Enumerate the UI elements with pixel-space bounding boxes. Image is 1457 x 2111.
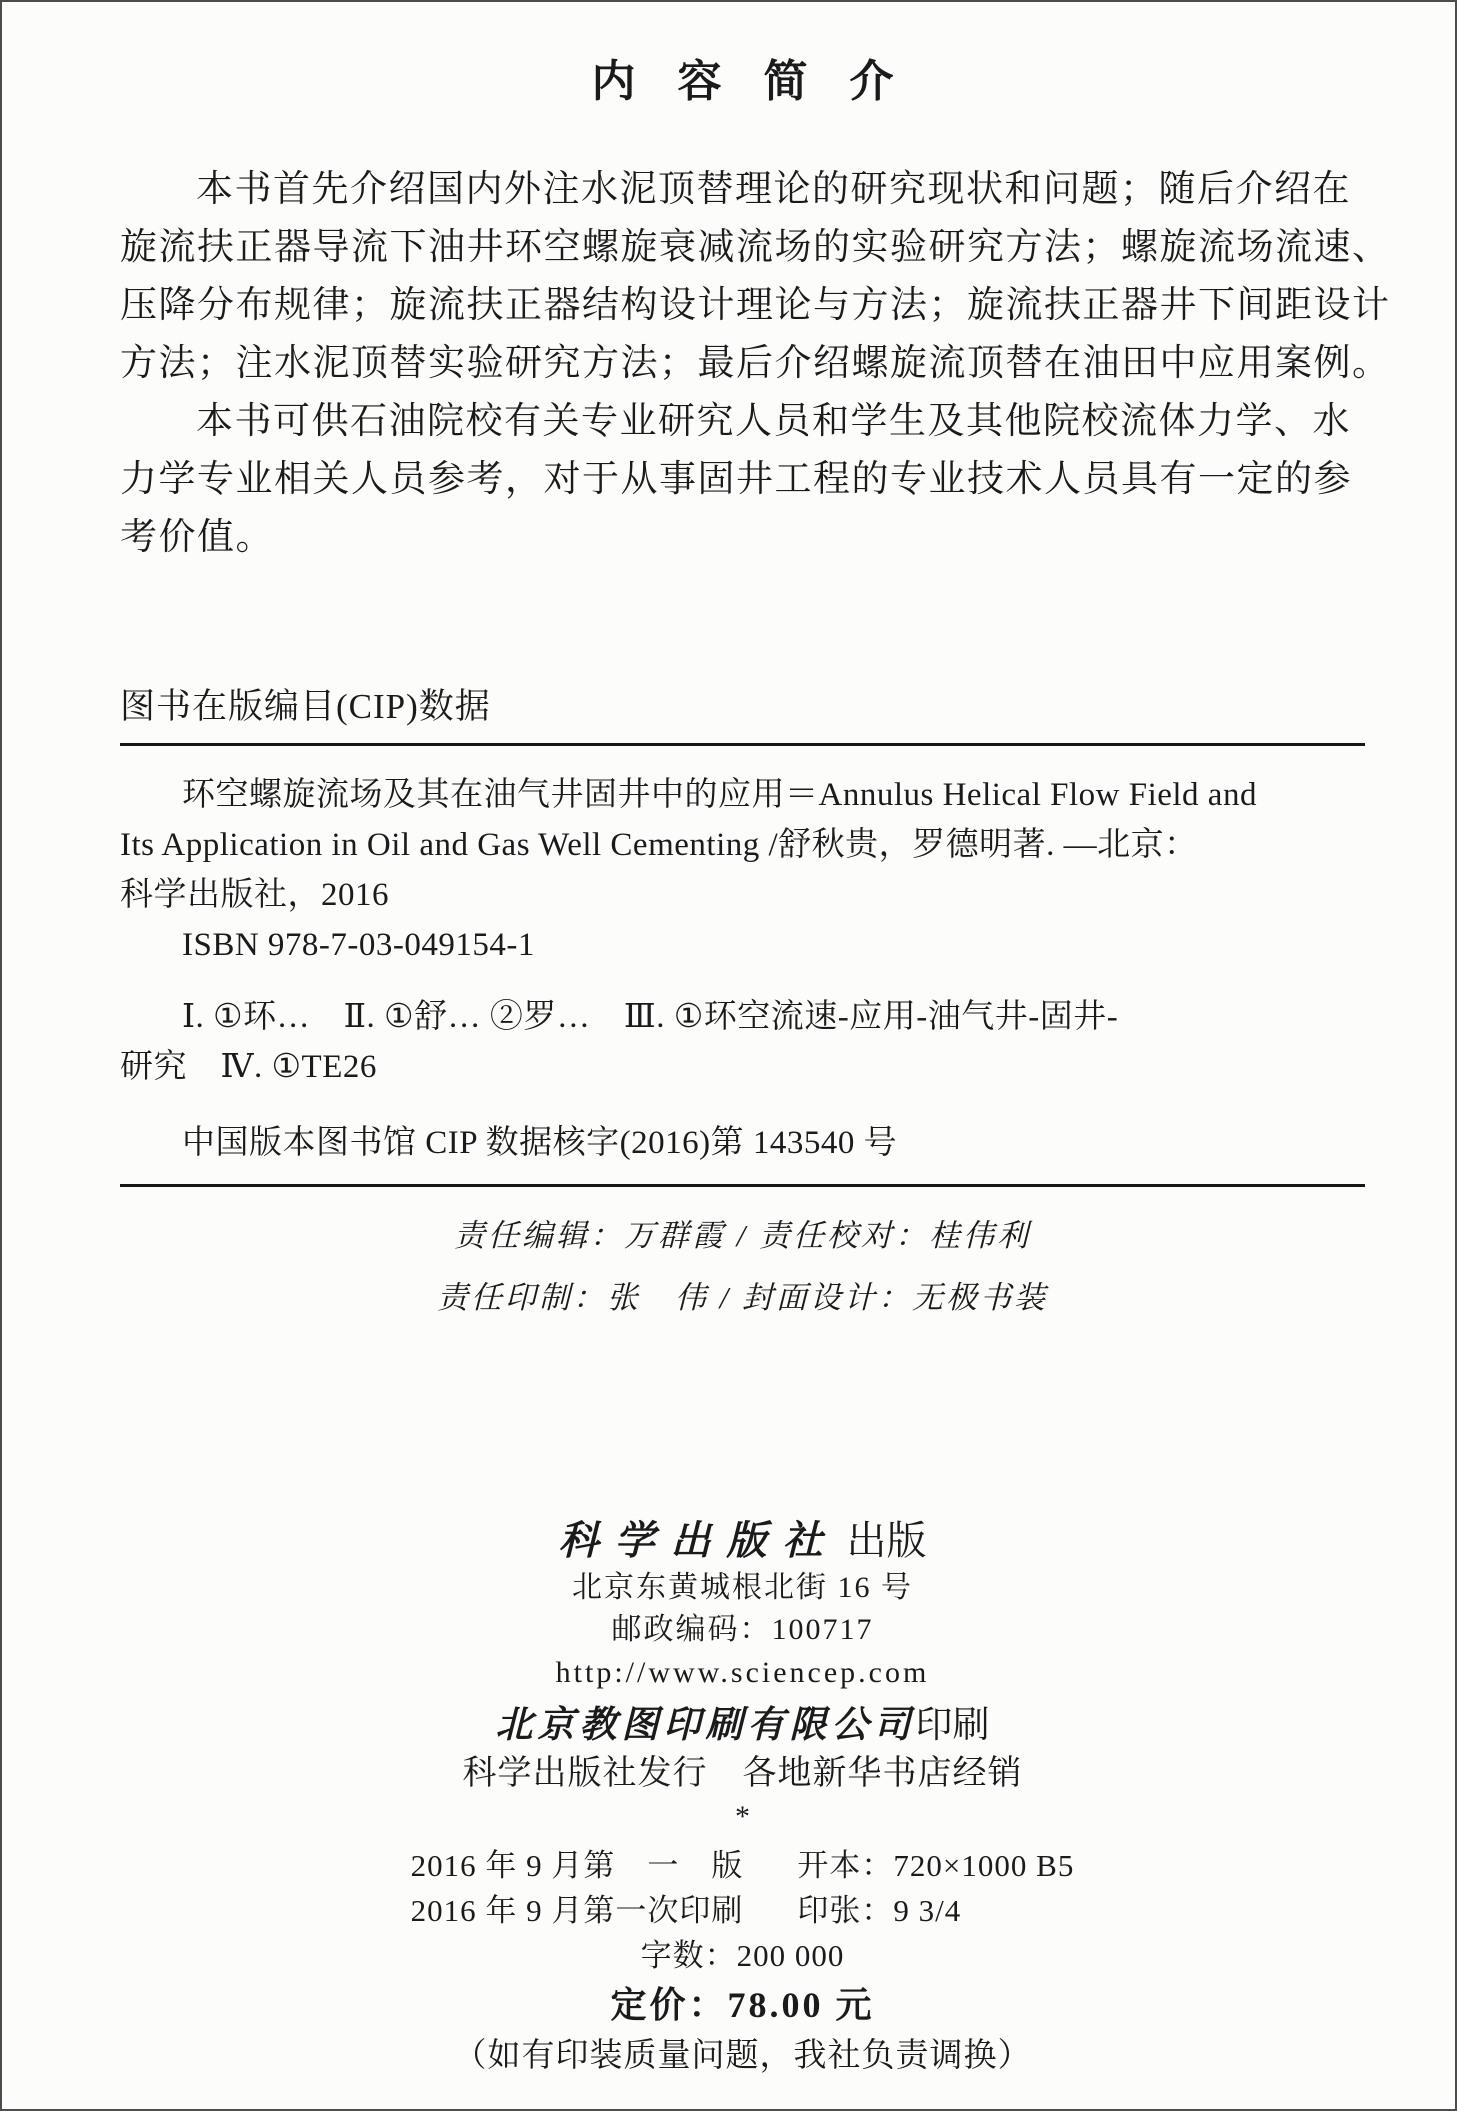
cip-block: 环空螺旋流场及其在油气井固井中的应用＝Annulus Helical Flow … [120,770,1365,1168]
cip-classification-line2: 研究 Ⅳ. ①TE26 [120,1042,1365,1092]
intro-paragraph1-line4: 方法；注水泥顶替实验研究方法；最后介绍螺旋流顶替在油田中应用案例。 [120,335,1365,393]
intro-section: 本书首先介绍国内外注水泥顶替理论的研究现状和问题；随后介绍在 旋流扶正器导流下油… [120,161,1365,567]
cip-heading: 图书在版编目(CIP)数据 [120,685,1365,729]
copyright-page: 内容简介 本书首先介绍国内外注水泥顶替理论的研究现状和问题；随后介绍在 旋流扶正… [0,0,1457,2111]
printer-name: 北京教图印刷有限公司 [496,1705,916,1746]
divider-bottom [120,1184,1365,1187]
page-title: 内容简介 [120,56,1365,109]
print-run-statement: 2016 年 9 月第一次印刷 [411,1888,744,1933]
edition-grid: 2016 年 9 月第 一 版 开本：720×1000 B5 2016 年 9 … [411,1843,1075,1933]
intro-paragraph2-line3: 考价值。 [120,509,1365,567]
format-statement: 开本：720×1000 B5 [797,1843,1074,1888]
credits-section: 责任编辑：万群霞 / 责任校对：桂伟利 责任印制：张 伟 / 封面设计：无极书装 [120,1205,1365,1329]
distribution-line: 科学出版社发行 各地新华书店经销 [120,1751,1365,1797]
intro-paragraph1-line3: 压降分布规律；旋流扶正器结构设计理论与方法；旋流扶正器井下间距设计 [120,277,1365,335]
publisher-line: 科学出版社出版 [120,1515,1365,1567]
divider-top [120,743,1365,746]
quality-note: （如有印装质量问题，我社负责调换） [120,2032,1365,2080]
sheets-statement: 印张：9 3/4 [797,1888,1074,1933]
publisher-postcode: 邮政编码：100717 [120,1609,1365,1651]
intro-paragraph1-line2: 旋流扶正器导流下油井环空螺旋衰减流场的实验研究方法；螺旋流场流速、 [120,219,1365,277]
publisher-website: http://www.sciencep.com [120,1651,1365,1695]
cip-title-line-en: Its Application in Oil and Gas Well Ceme… [120,820,1365,870]
cip-isbn: ISBN 978-7-03-049154-1 [120,920,1365,970]
edition-block: 2016 年 9 月第 一 版 开本：720×1000 B5 2016 年 9 … [120,1843,1365,1933]
cip-classification-line1: Ⅰ. ①环… Ⅱ. ①舒… ②罗… Ⅲ. ①环空流速-应用-油气井-固井- [120,992,1365,1042]
asterisk-divider: * [120,1797,1365,1837]
publisher-address: 北京东黄城根北街 16 号 [120,1567,1365,1609]
edition-statement: 2016 年 9 月第 一 版 [411,1843,744,1888]
credit-printing-design: 责任印制：张 伟 / 封面设计：无极书装 [120,1267,1365,1329]
word-count: 字数：200 000 [120,1933,1365,1978]
publisher-role: 出版 [847,1518,927,1563]
colophon-section: 科学出版社出版 北京东黄城根北街 16 号 邮政编码：100717 http:/… [120,1515,1365,2080]
credit-editors: 责任编辑：万群霞 / 责任校对：桂伟利 [120,1205,1365,1267]
publisher-name: 科学出版社 [559,1518,839,1563]
printer-line: 北京教图印刷有限公司印刷 [120,1701,1365,1751]
price: 定价：78.00 元 [120,1982,1365,2028]
cip-record-number: 中国版本图书馆 CIP 数据核字(2016)第 143540 号 [120,1118,1365,1168]
intro-paragraph2-line2: 力学专业相关人员参考，对于从事固井工程的专业技术人员具有一定的参 [120,451,1365,509]
intro-paragraph1-line1: 本书首先介绍国内外注水泥顶替理论的研究现状和问题；随后介绍在 [120,161,1365,219]
cip-publisher-line: 科学出版社，2016 [120,870,1365,920]
printer-role: 印刷 [916,1705,990,1746]
intro-paragraph2-line1: 本书可供石油院校有关专业研究人员和学生及其他院校流体力学、水 [120,393,1365,451]
cip-title-line-cn: 环空螺旋流场及其在油气井固井中的应用＝Annulus Helical Flow … [120,770,1365,820]
